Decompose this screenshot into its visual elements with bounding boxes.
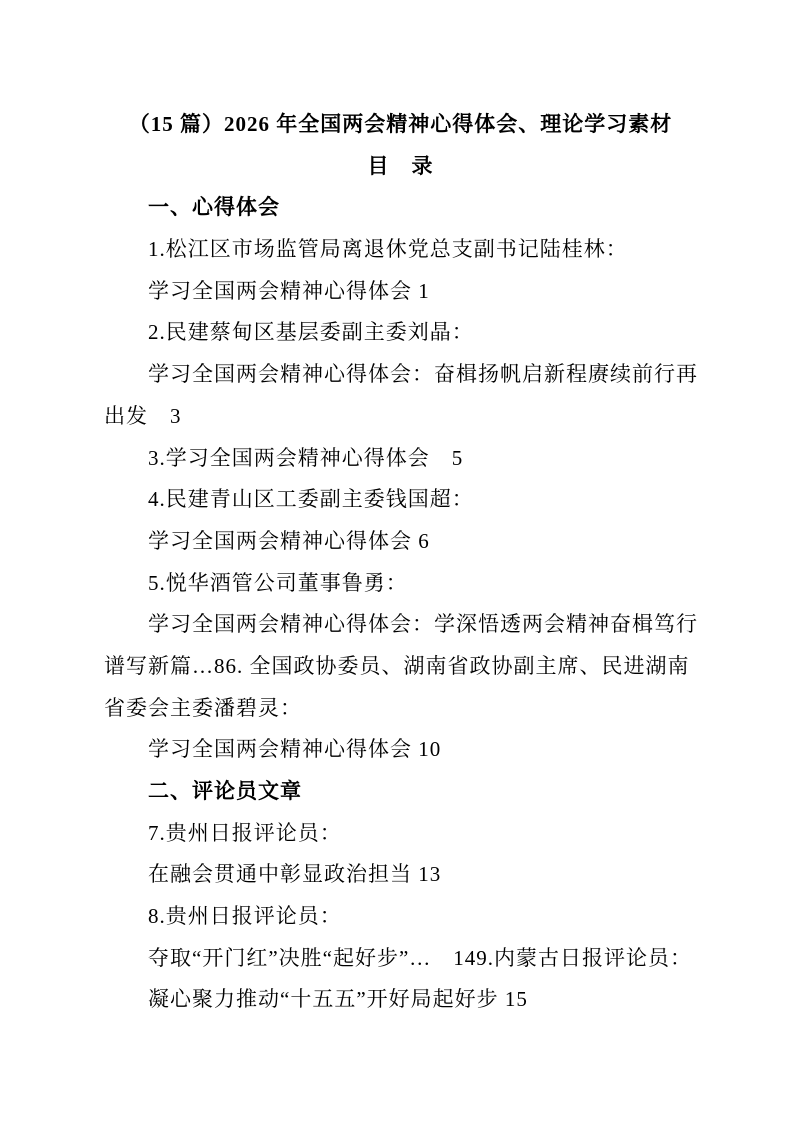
toc-line: 学习全国两会精神心得体会：学深悟透两会精神奋楫笃行 [104,604,697,646]
toc-line: 学习全国两会精神心得体会 6 [104,521,697,563]
section-heading-1: 一、心得体会 [104,187,697,229]
toc-heading: 目 录 [104,146,697,188]
toc-line: 5.悦华酒管公司董事鲁勇： [104,563,697,605]
toc-line-continuation: 出发 3 [104,396,697,438]
toc-line: 学习全国两会精神心得体会 10 [104,729,697,771]
toc-line: 4.民建青山区工委副主委钱国超： [104,479,697,521]
toc-line: 在融会贯通中彰显政治担当 13 [104,854,697,896]
toc-line: 1.松江区市场监管局离退休党总支副书记陆桂林： [104,229,697,271]
toc-line: 学习全国两会精神心得体会 1 [104,271,697,313]
toc-line: 学习全国两会精神心得体会：奋楫扬帆启新程赓续前行再 [104,354,697,396]
section-heading-2: 二、评论员文章 [104,771,697,813]
toc-line: 凝心聚力推动“十五五”开好局起好步 15 [104,979,697,1021]
document-title: （15 篇）2026 年全国两会精神心得体会、理论学习素材 [104,104,697,146]
document-page: （15 篇）2026 年全国两会精神心得体会、理论学习素材 目 录 一、心得体会… [0,0,793,1122]
toc-line: 3.学习全国两会精神心得体会 5 [104,438,697,480]
toc-line-continuation: 省委会主委潘碧灵： [104,688,697,730]
toc-line: 夺取“开门红”决胜“起好步”… 149.内蒙古日报评论员： [104,938,697,980]
toc-line: 8.贵州日报评论员： [104,896,697,938]
document-content: （15 篇）2026 年全国两会精神心得体会、理论学习素材 目 录 一、心得体会… [0,0,793,1021]
toc-line: 2.民建蔡甸区基层委副主委刘晶： [104,312,697,354]
toc-line-continuation: 谱写新篇…86. 全国政协委员、湖南省政协副主席、民进湖南 [104,646,697,688]
toc-line: 7.贵州日报评论员： [104,813,697,855]
